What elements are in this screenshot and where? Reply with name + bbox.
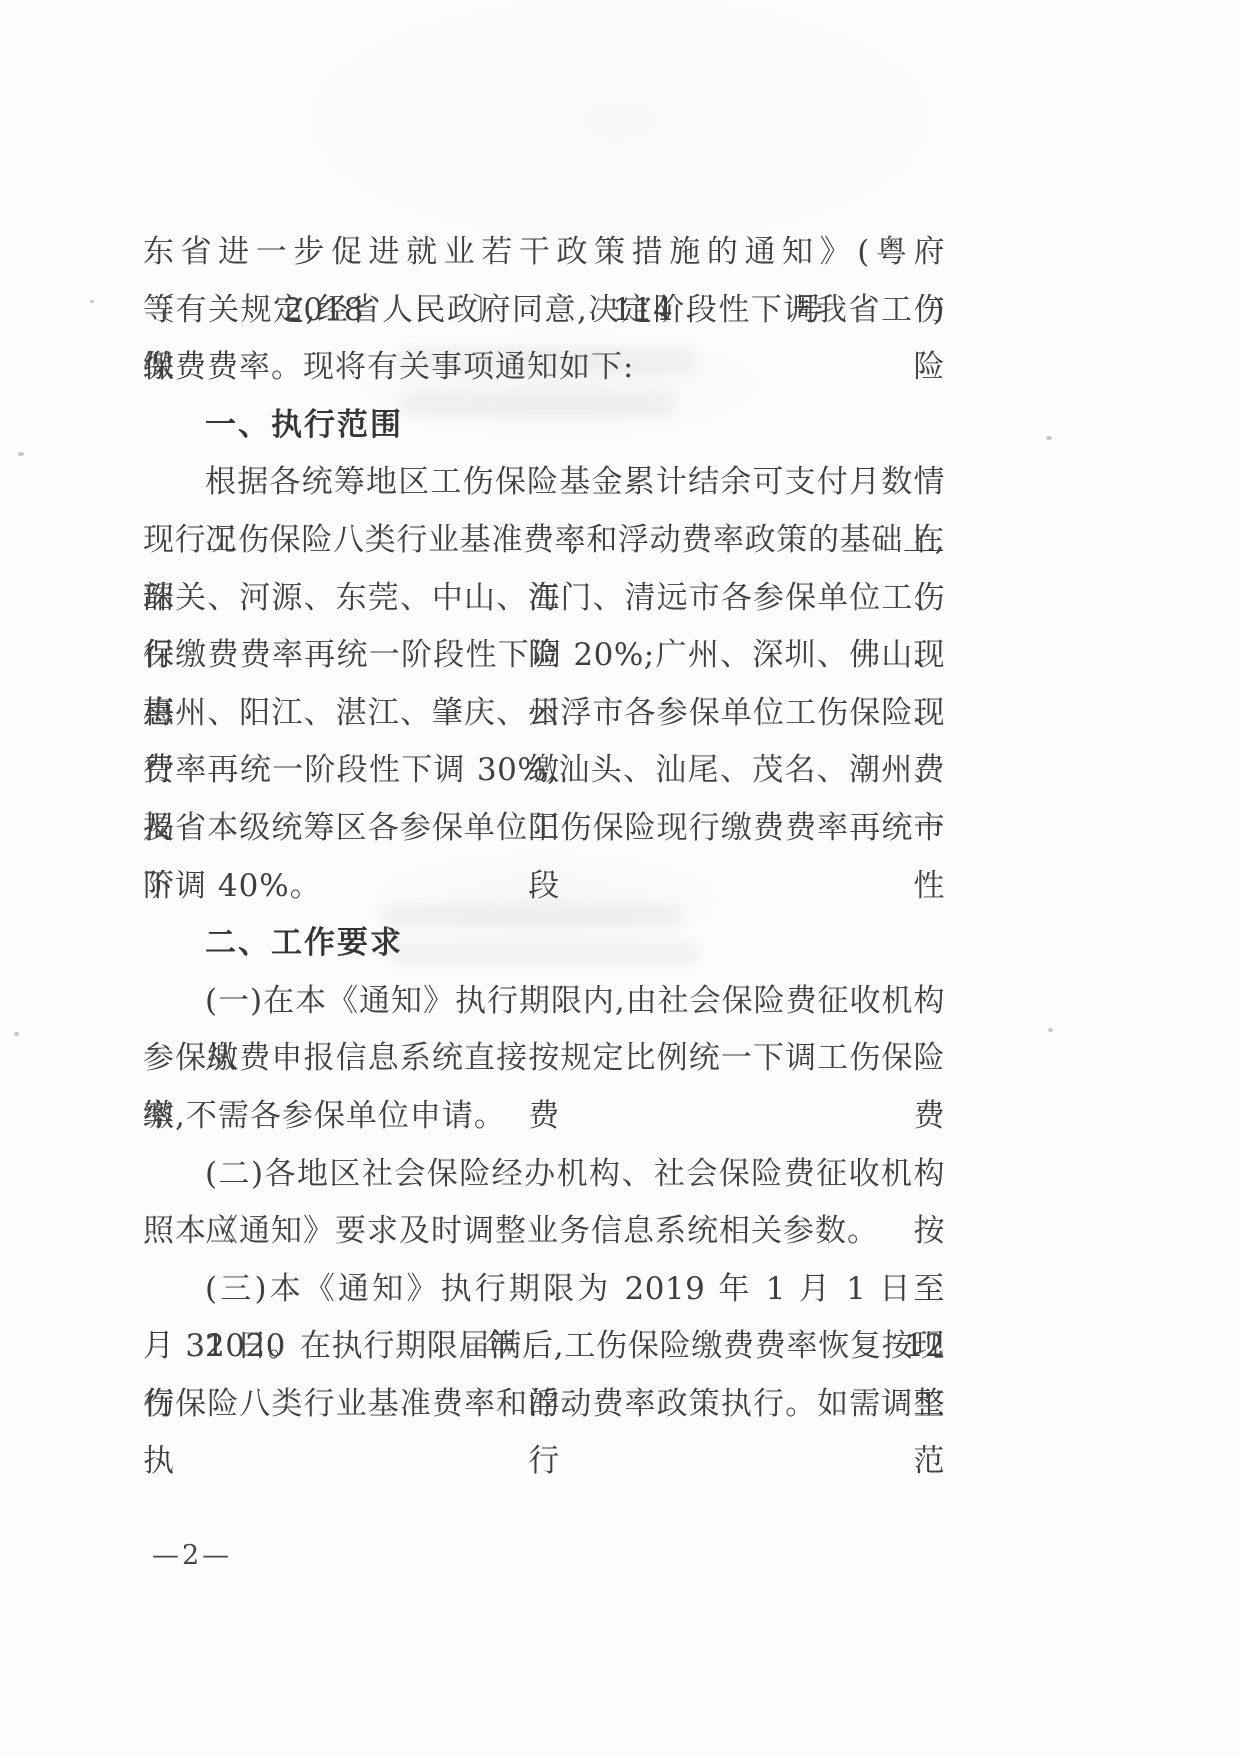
text-line: 行缴费费率再统一阶段性下调 20%;广州、深圳、佛山、梅州、 — [143, 627, 945, 685]
scan-speck — [18, 452, 24, 456]
text-line: 参保缴费申报信息系统直接按规定比例统一下调工伤保险缴费费 — [143, 1030, 945, 1088]
text-line: 照本《通知》要求及时调整业务信息系统相关参数。 — [143, 1203, 945, 1261]
text-line: 费率再统一阶段性下调 30%,汕头、汕尾、茂名、潮州、揭阳市 — [143, 742, 945, 800]
text-line: (三)本《通知》执行期限为 2019 年 1 月 1 日至 2020 年 12 — [143, 1261, 945, 1319]
text-line: 惠州、阳江、湛江、肇庆、云浮市各参保单位工伤保险现行缴费 — [143, 685, 945, 743]
text-line: 及省本级统筹区各参保单位工伤保险现行缴费费率再统一阶段性 — [143, 800, 945, 858]
scan-speck — [14, 1032, 19, 1036]
scan-speck — [90, 300, 94, 303]
text-line: 现行工伤保险八类行业基准费率和浮动费率政策的基础上,珠海、 — [143, 512, 945, 570]
text-line: 根据各统筹地区工伤保险基金累计结余可支付月数情况,在 — [143, 454, 945, 512]
text-line: 东省进一步促进就业若干政策措施的通知》(粤府〔2018〕114 号) — [143, 224, 945, 282]
text-line: 月 31 日。在执行期限届满后,工伤保险缴费费率恢复按现行的工 — [143, 1318, 945, 1376]
section-heading: 一、执行范围 — [143, 397, 945, 455]
text-line: 等有关规定,经省人民政府同意,决定阶段性下调我省工伤保险 — [143, 282, 945, 340]
scan-speck — [1048, 1028, 1053, 1032]
document-body: 东省进一步促进就业若干政策措施的通知》(粤府〔2018〕114 号)等有关规定,… — [143, 224, 945, 1433]
text-line: 伤保险八类行业基准费率和浮动费率政策执行。如需调整执行范 — [143, 1376, 945, 1434]
text-line: 韶关、河源、东莞、中山、江门、清远市各参保单位工伤保险现 — [143, 570, 945, 628]
section-heading: 二、工作要求 — [143, 915, 945, 973]
text-line: (二)各地区社会保险经办机构、社会保险费征收机构应按 — [143, 1146, 945, 1204]
scanned-document-page: 东省进一步促进就业若干政策措施的通知》(粤府〔2018〕114 号)等有关规定,… — [0, 0, 1240, 1755]
scan-speck — [1046, 436, 1052, 440]
page-number: —2— — [152, 1540, 232, 1571]
text-line: (一)在本《通知》执行期限内,由社会保险费征收机构从 — [143, 973, 945, 1031]
